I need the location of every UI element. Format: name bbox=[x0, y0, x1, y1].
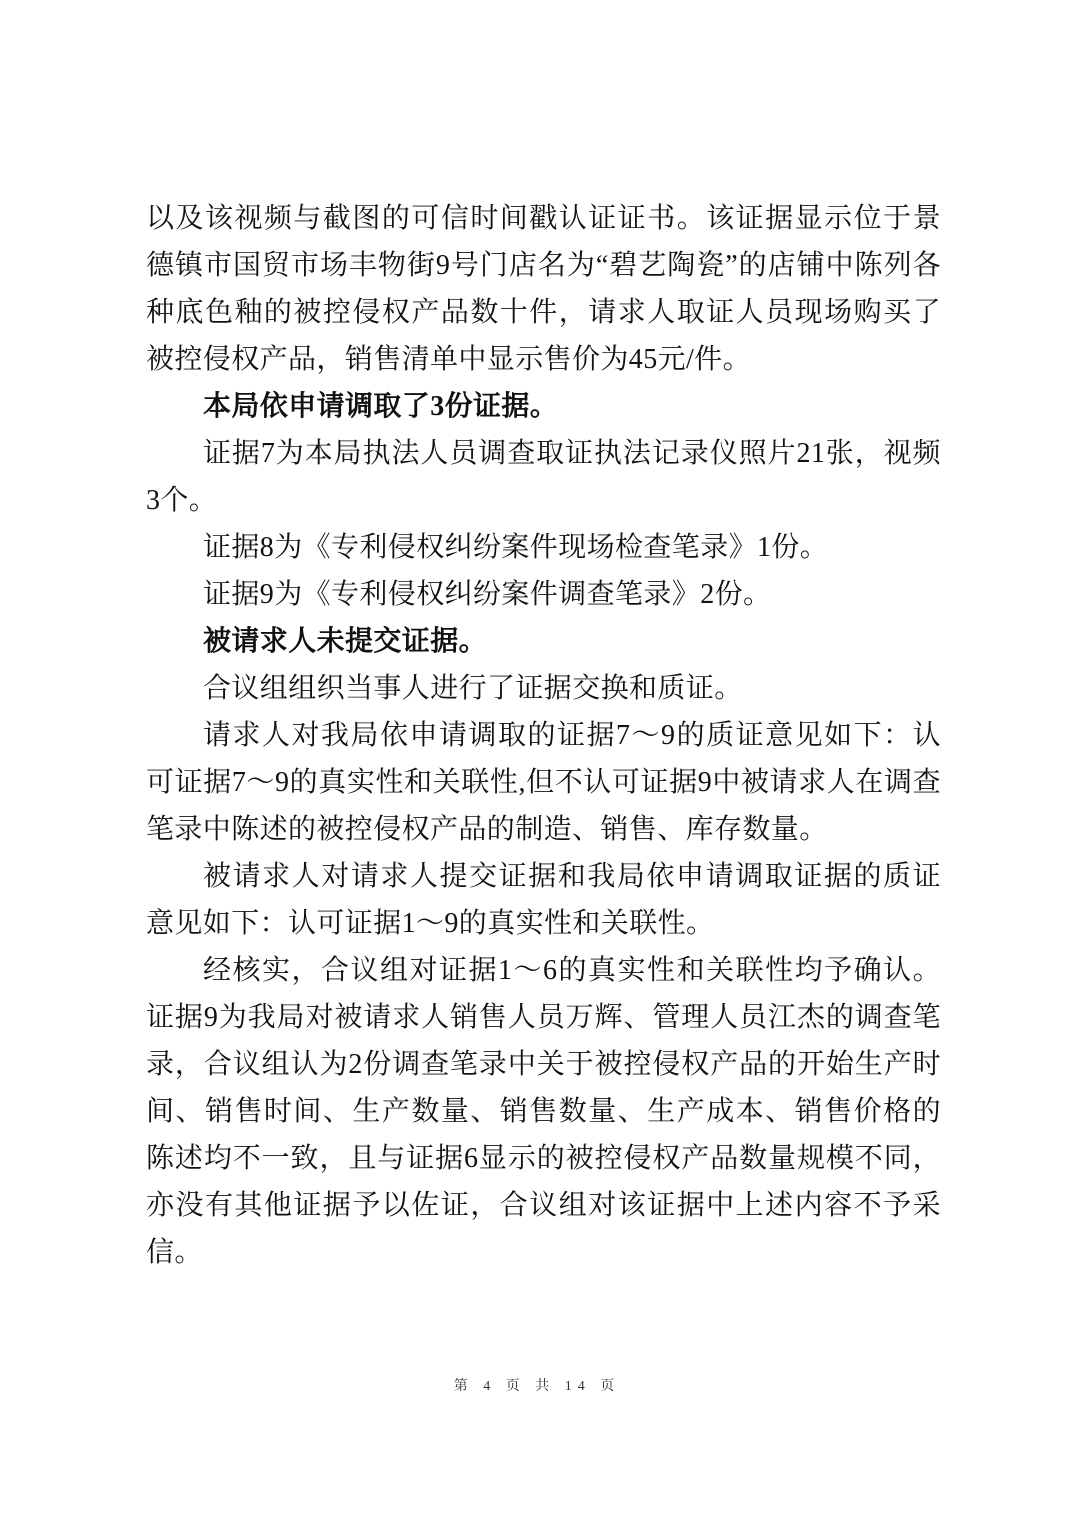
paragraph-evidence-8: 证据8为《专利侵权纠纷案件现场检查笔录》1份。 bbox=[146, 524, 941, 571]
paragraph-respondent-opinion: 被请求人对请求人提交证据和我局依申请调取证据的质证意见如下：认可证据1～9的真实… bbox=[146, 853, 941, 947]
heading-bureau-evidence: 本局依申请调取了3份证据。 bbox=[146, 383, 941, 430]
heading-respondent-no-evidence: 被请求人未提交证据。 bbox=[146, 618, 941, 665]
paragraph-evidence-exchange: 合议组组织当事人进行了证据交换和质证。 bbox=[146, 665, 941, 712]
document-body: 以及该视频与截图的可信时间戳认证证书。该证据显示位于景德镇市国贸市场丰物街9号门… bbox=[146, 195, 941, 1276]
paragraph-requester-opinion: 请求人对我局依申请调取的证据7～9的质证意见如下：认可证据7～9的真实性和关联性… bbox=[146, 712, 941, 853]
paragraph-verification-conclusion: 经核实，合议组对证据1～6的真实性和关联性均予确认。证据9为我局对被请求人销售人… bbox=[146, 947, 941, 1276]
paragraph-timestamp-certificate: 以及该视频与截图的可信时间戳认证证书。该证据显示位于景德镇市国贸市场丰物街9号门… bbox=[146, 195, 941, 383]
paragraph-evidence-7: 证据7为本局执法人员调查取证执法记录仪照片21张，视频3个。 bbox=[146, 430, 941, 524]
page-number-footer: 第 4 页 共 14 页 bbox=[0, 1375, 1074, 1395]
paragraph-evidence-9: 证据9为《专利侵权纠纷案件调查笔录》2份。 bbox=[146, 571, 941, 618]
